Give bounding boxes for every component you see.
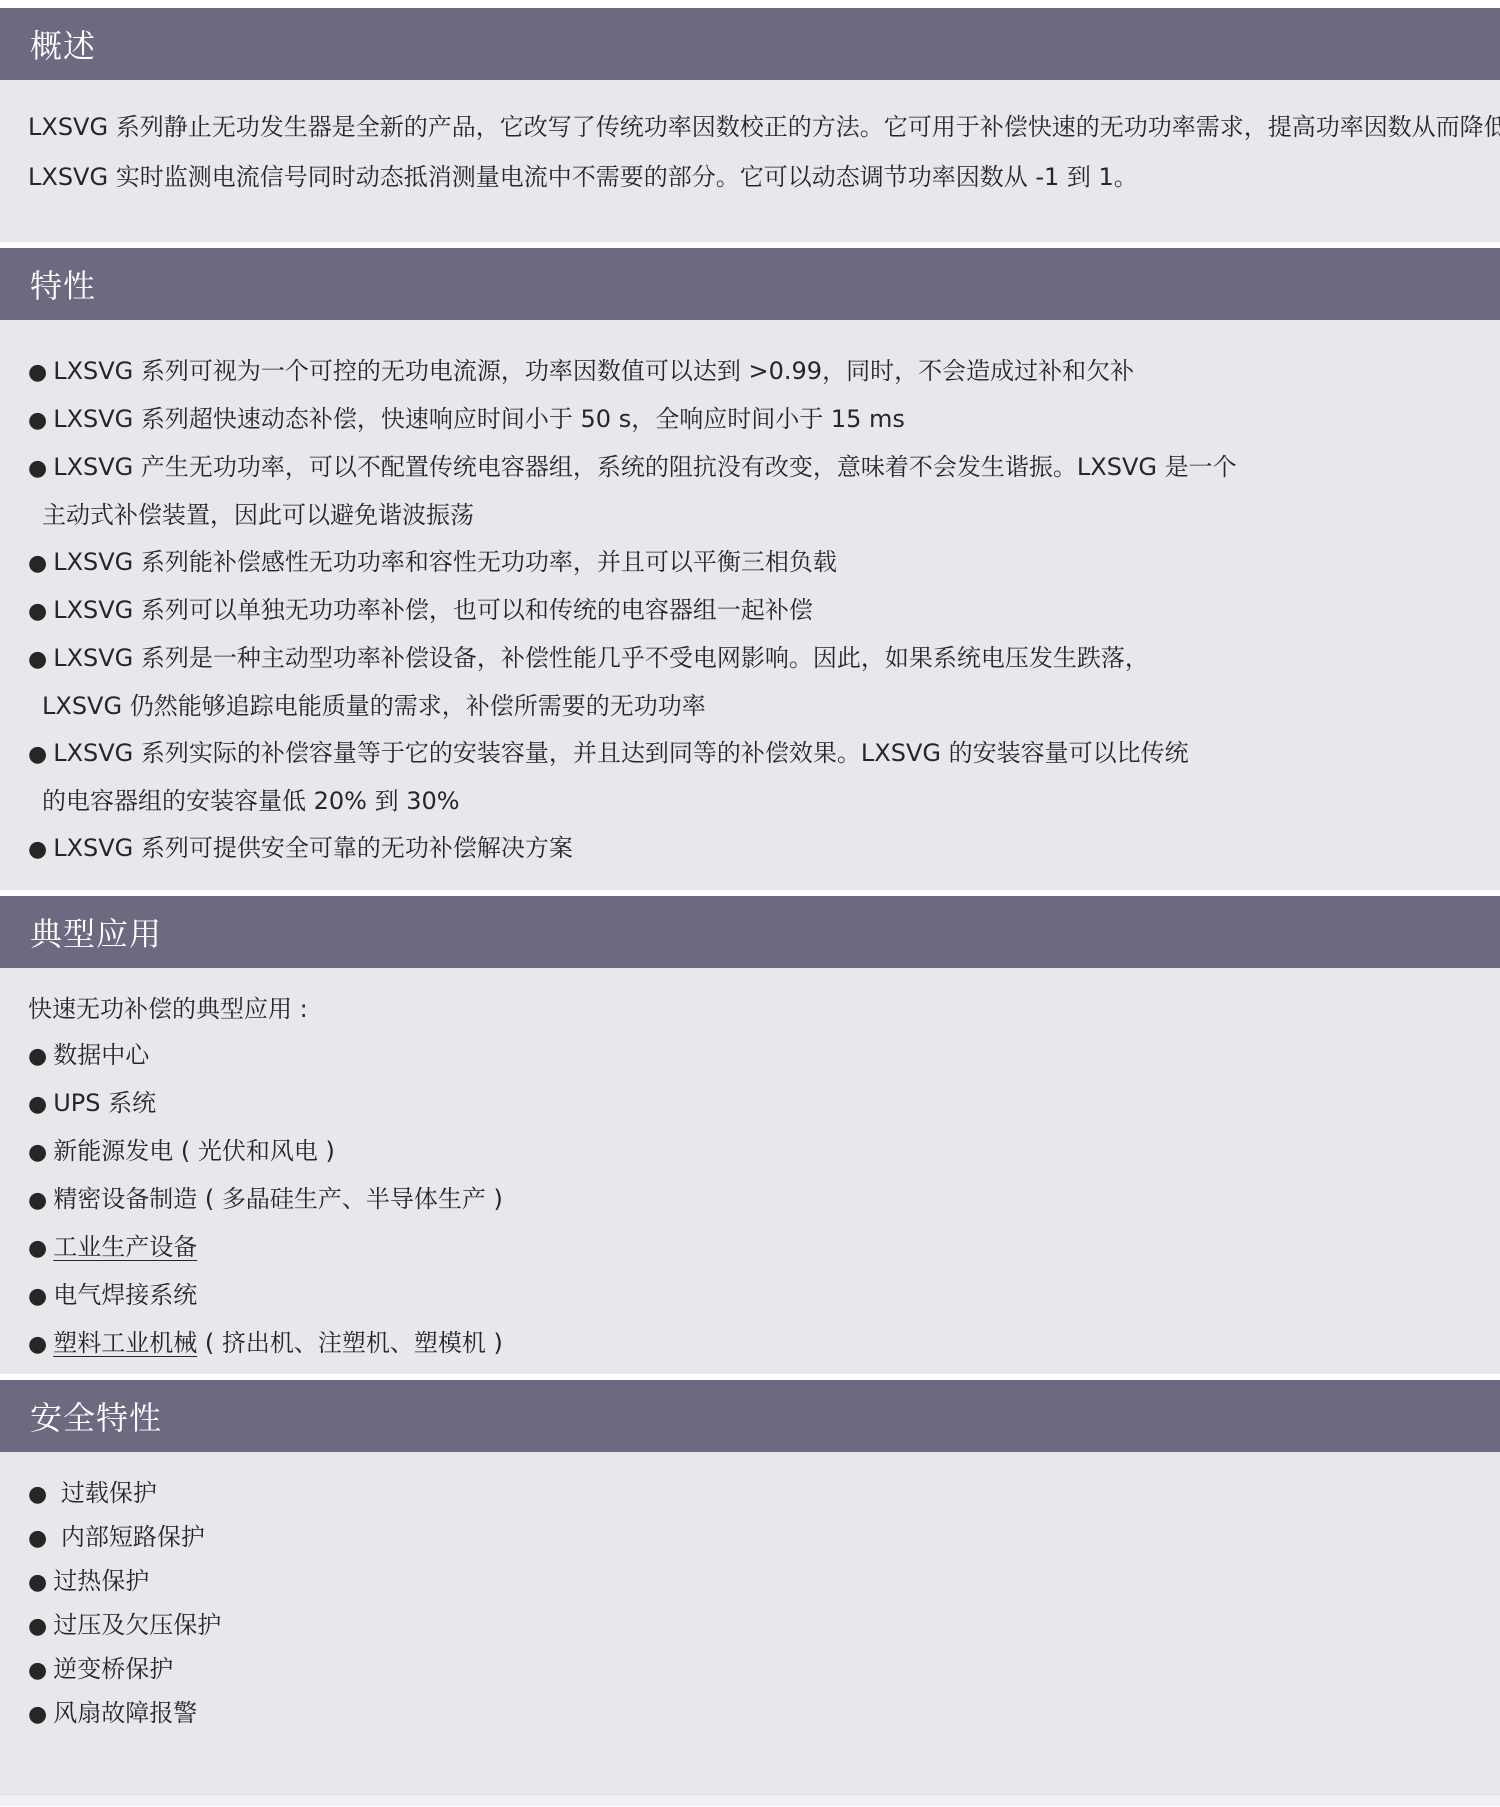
bullet-icon: ● bbox=[28, 1082, 47, 1128]
feature-text: LXSVG 仍然能够追踪电能质量的需求，补偿所需要的无功功率 bbox=[42, 692, 706, 720]
feature-item: ●LXSVG 系列是一种主动型功率补偿设备，补偿性能几乎不受电网影响。因此，如果… bbox=[28, 635, 1470, 683]
application-item: ●塑料工业机械 ( 挤出机、注塑机、塑模机 ) bbox=[28, 1320, 1470, 1368]
feature-text: LXSVG 系列超快速动态补偿，快速响应时间小于 50 s，全响应时间小于 15… bbox=[53, 405, 905, 433]
feature-item: ●LXSVG 产生无功功率，可以不配置传统电容器组，系统的阻抗没有改变，意味着不… bbox=[28, 444, 1470, 492]
overview-section: LXSVG 系列静止无功发生器是全新的产品，它改写了传统功率因数校正的方法。它可… bbox=[0, 80, 1500, 242]
overview-paragraph-line: LXSVG 实时监测电流信号同时动态抵消测量电流中不需要的部分。它可以动态调节功… bbox=[28, 152, 1470, 202]
bullet-icon: ● bbox=[28, 731, 47, 778]
bullet-icon: ● bbox=[28, 540, 47, 587]
feature-item: ●LXSVG 系列能补偿感性无功功率和容性无功功率，并且可以平衡三相负载 bbox=[28, 539, 1470, 587]
bullet-icon: ● bbox=[28, 1518, 47, 1560]
bullet-icon: ● bbox=[28, 826, 47, 873]
feature-item: ●LXSVG 系列可视为一个可控的无功电流源，功率因数值可以达到 >0.99，同… bbox=[28, 348, 1470, 396]
safety-item: ●逆变桥保护 bbox=[28, 1648, 1470, 1692]
feature-text: LXSVG 系列是一种主动型功率补偿设备，补偿性能几乎不受电网影响。因此，如果系… bbox=[53, 644, 1149, 672]
feature-item-continuation: 主动式补偿装置，因此可以避免谐波振荡 bbox=[28, 492, 1470, 539]
features-section: ●LXSVG 系列可视为一个可控的无功电流源，功率因数值可以达到 >0.99，同… bbox=[0, 320, 1500, 890]
overview-paragraph-line: LXSVG 系列静止无功发生器是全新的产品，它改写了传统功率因数校正的方法。它可… bbox=[28, 102, 1470, 152]
bullet-icon: ● bbox=[28, 1034, 47, 1080]
application-link-text: 塑料工业机械 bbox=[53, 1329, 197, 1357]
feature-item: ●LXSVG 系列可以单独无功功率补偿，也可以和传统的电容器组一起补偿 bbox=[28, 587, 1470, 635]
safety-text: 过压及欠压保护 bbox=[53, 1611, 221, 1639]
bullet-icon: ● bbox=[28, 1130, 47, 1176]
bullet-icon: ● bbox=[28, 1322, 47, 1368]
safety-text: 过载保护 bbox=[53, 1479, 157, 1507]
section-header-overview: 概述 bbox=[0, 8, 1500, 80]
application-item: ●UPS 系统 bbox=[28, 1080, 1470, 1128]
applications-intro: 快速无功补偿的典型应用 : bbox=[28, 986, 1470, 1032]
application-link-text: 工业生产设备 bbox=[53, 1233, 197, 1261]
application-text: 电气焊接系统 bbox=[53, 1281, 197, 1309]
bullet-icon: ● bbox=[28, 1606, 47, 1648]
safety-text: 风扇故障报警 bbox=[53, 1699, 197, 1727]
application-item: ●精密设备制造 ( 多晶硅生产、半导体生产 ) bbox=[28, 1176, 1470, 1224]
feature-text: LXSVG 产生无功功率，可以不配置传统电容器组，系统的阻抗没有改变，意味着不会… bbox=[53, 453, 1236, 481]
safety-item: ●过压及欠压保护 bbox=[28, 1604, 1470, 1648]
feature-item-continuation: 的电容器组的安装容量低 20% 到 30% bbox=[28, 778, 1470, 825]
application-item: ●新能源发电 ( 光伏和风电 ) bbox=[28, 1128, 1470, 1176]
datasheet-page: 概述 LXSVG 系列静止无功发生器是全新的产品，它改写了传统功率因数校正的方法… bbox=[0, 0, 1500, 1807]
bullet-icon: ● bbox=[28, 1226, 47, 1272]
section-title: 安全特性 bbox=[30, 1393, 162, 1439]
safety-item: ● 过载保护 bbox=[28, 1472, 1470, 1516]
application-text: 新能源发电 ( 光伏和风电 ) bbox=[53, 1137, 335, 1165]
feature-text: LXSVG 系列可以单独无功功率补偿，也可以和传统的电容器组一起补偿 bbox=[53, 596, 813, 624]
feature-text: LXSVG 系列实际的补偿容量等于它的安装容量，并且达到同等的补偿效果。LXSV… bbox=[53, 739, 1188, 767]
bullet-icon: ● bbox=[28, 1474, 47, 1516]
feature-text: 主动式补偿装置，因此可以避免谐波振荡 bbox=[42, 501, 474, 529]
safety-item: ●风扇故障报警 bbox=[28, 1692, 1470, 1736]
bullet-icon: ● bbox=[28, 445, 47, 492]
application-text: ( 挤出机、注塑机、塑模机 ) bbox=[197, 1329, 503, 1357]
section-title: 典型应用 bbox=[30, 909, 162, 955]
bullet-icon: ● bbox=[28, 636, 47, 683]
feature-text: LXSVG 系列可视为一个可控的无功电流源，功率因数值可以达到 >0.99，同时… bbox=[53, 357, 1134, 385]
feature-item-continuation: LXSVG 仍然能够追踪电能质量的需求，补偿所需要的无功功率 bbox=[28, 683, 1470, 730]
feature-text: 的电容器组的安装容量低 20% 到 30% bbox=[42, 787, 460, 815]
application-item: ●数据中心 bbox=[28, 1032, 1470, 1080]
application-item: ●工业生产设备 bbox=[28, 1224, 1470, 1272]
bullet-icon: ● bbox=[28, 397, 47, 444]
safety-text: 内部短路保护 bbox=[53, 1523, 205, 1551]
safety-text: 过热保护 bbox=[53, 1567, 149, 1595]
bullet-icon: ● bbox=[28, 588, 47, 635]
bottom-margin bbox=[0, 1795, 1500, 1806]
application-item: ●电气焊接系统 bbox=[28, 1272, 1470, 1320]
bullet-icon: ● bbox=[28, 1562, 47, 1604]
feature-item: ●LXSVG 系列可提供安全可靠的无功补偿解决方案 bbox=[28, 825, 1470, 873]
bullet-icon: ● bbox=[28, 349, 47, 396]
feature-item: ●LXSVG 系列超快速动态补偿，快速响应时间小于 50 s，全响应时间小于 1… bbox=[28, 396, 1470, 444]
application-text: 精密设备制造 ( 多晶硅生产、半导体生产 ) bbox=[53, 1185, 503, 1213]
safety-text: 逆变桥保护 bbox=[53, 1655, 173, 1683]
top-margin bbox=[0, 0, 1500, 8]
section-header-features: 特性 bbox=[0, 248, 1500, 320]
application-text: UPS 系统 bbox=[53, 1089, 156, 1117]
section-header-safety: 安全特性 bbox=[0, 1380, 1500, 1452]
application-text: 数据中心 bbox=[53, 1041, 149, 1069]
safety-section: ● 过载保护 ● 内部短路保护 ●过热保护 ●过压及欠压保护 ●逆变桥保护 ●风… bbox=[0, 1452, 1500, 1794]
feature-text: LXSVG 系列能补偿感性无功功率和容性无功功率，并且可以平衡三相负载 bbox=[53, 548, 837, 576]
bullet-icon: ● bbox=[28, 1694, 47, 1736]
safety-item: ● 内部短路保护 bbox=[28, 1516, 1470, 1560]
applications-section: 快速无功补偿的典型应用 : ●数据中心 ●UPS 系统 ●新能源发电 ( 光伏和… bbox=[0, 968, 1500, 1374]
section-title: 概述 bbox=[30, 21, 96, 67]
feature-text: LXSVG 系列可提供安全可靠的无功补偿解决方案 bbox=[53, 834, 573, 862]
bullet-icon: ● bbox=[28, 1274, 47, 1320]
safety-item: ●过热保护 bbox=[28, 1560, 1470, 1604]
bullet-icon: ● bbox=[28, 1178, 47, 1224]
feature-item: ●LXSVG 系列实际的补偿容量等于它的安装容量，并且达到同等的补偿效果。LXS… bbox=[28, 730, 1470, 778]
section-header-applications: 典型应用 bbox=[0, 896, 1500, 968]
bullet-icon: ● bbox=[28, 1650, 47, 1692]
section-title: 特性 bbox=[30, 261, 96, 307]
